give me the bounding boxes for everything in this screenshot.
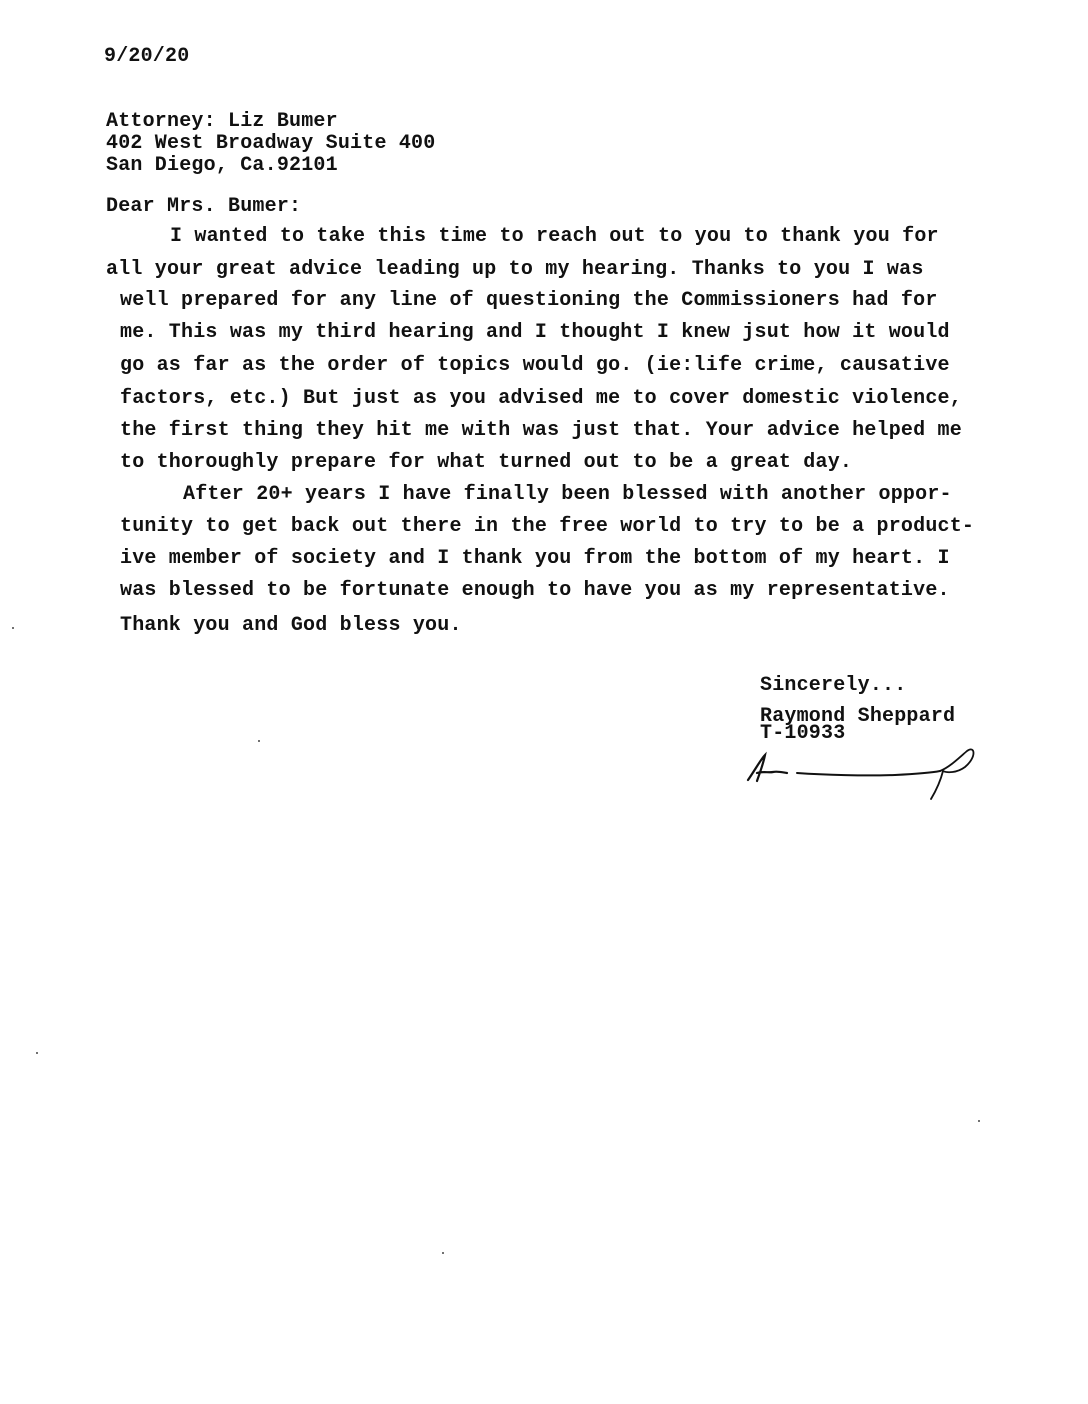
body-line: all your great advice leading up to my h… [106, 259, 924, 281]
scan-speck [12, 627, 14, 629]
scan-speck [36, 1052, 38, 1054]
recipient-line-1: Attorney: Liz Bumer [106, 111, 338, 133]
body-line: factors, etc.) But just as you advised m… [120, 388, 962, 410]
body-line: to thoroughly prepare for what turned ou… [120, 452, 852, 474]
body-line: I wanted to take this time to reach out … [170, 226, 939, 248]
body-line: go as far as the order of topics would g… [120, 355, 950, 377]
body-line: After 20+ years I have finally been bles… [183, 484, 952, 506]
scan-speck [258, 740, 260, 742]
recipient-line-2: 402 West Broadway Suite 400 [106, 133, 435, 155]
signer-id: T-10933 [760, 723, 845, 745]
recipient-line-3: San Diego, Ca.92101 [106, 155, 338, 177]
signature-icon [745, 745, 980, 805]
body-line: Thank you and God bless you. [120, 615, 462, 637]
letter-date: 9/20/20 [104, 46, 189, 68]
body-line: well prepared for any line of questionin… [120, 290, 938, 312]
letter-page: 9/20/20 Attorney: Liz Bumer 402 West Bro… [0, 0, 1088, 1404]
body-line: the first thing they hit me with was jus… [120, 420, 962, 442]
salutation: Dear Mrs. Bumer: [106, 196, 301, 218]
body-line: ive member of society and I thank you fr… [120, 548, 950, 570]
scan-speck [442, 1252, 444, 1254]
body-line: was blessed to be fortunate enough to ha… [120, 580, 950, 602]
closing: Sincerely... [760, 675, 906, 697]
body-line: tunity to get back out there in the free… [120, 516, 974, 538]
body-line: me. This was my third hearing and I thou… [120, 322, 950, 344]
scan-speck [978, 1120, 980, 1122]
